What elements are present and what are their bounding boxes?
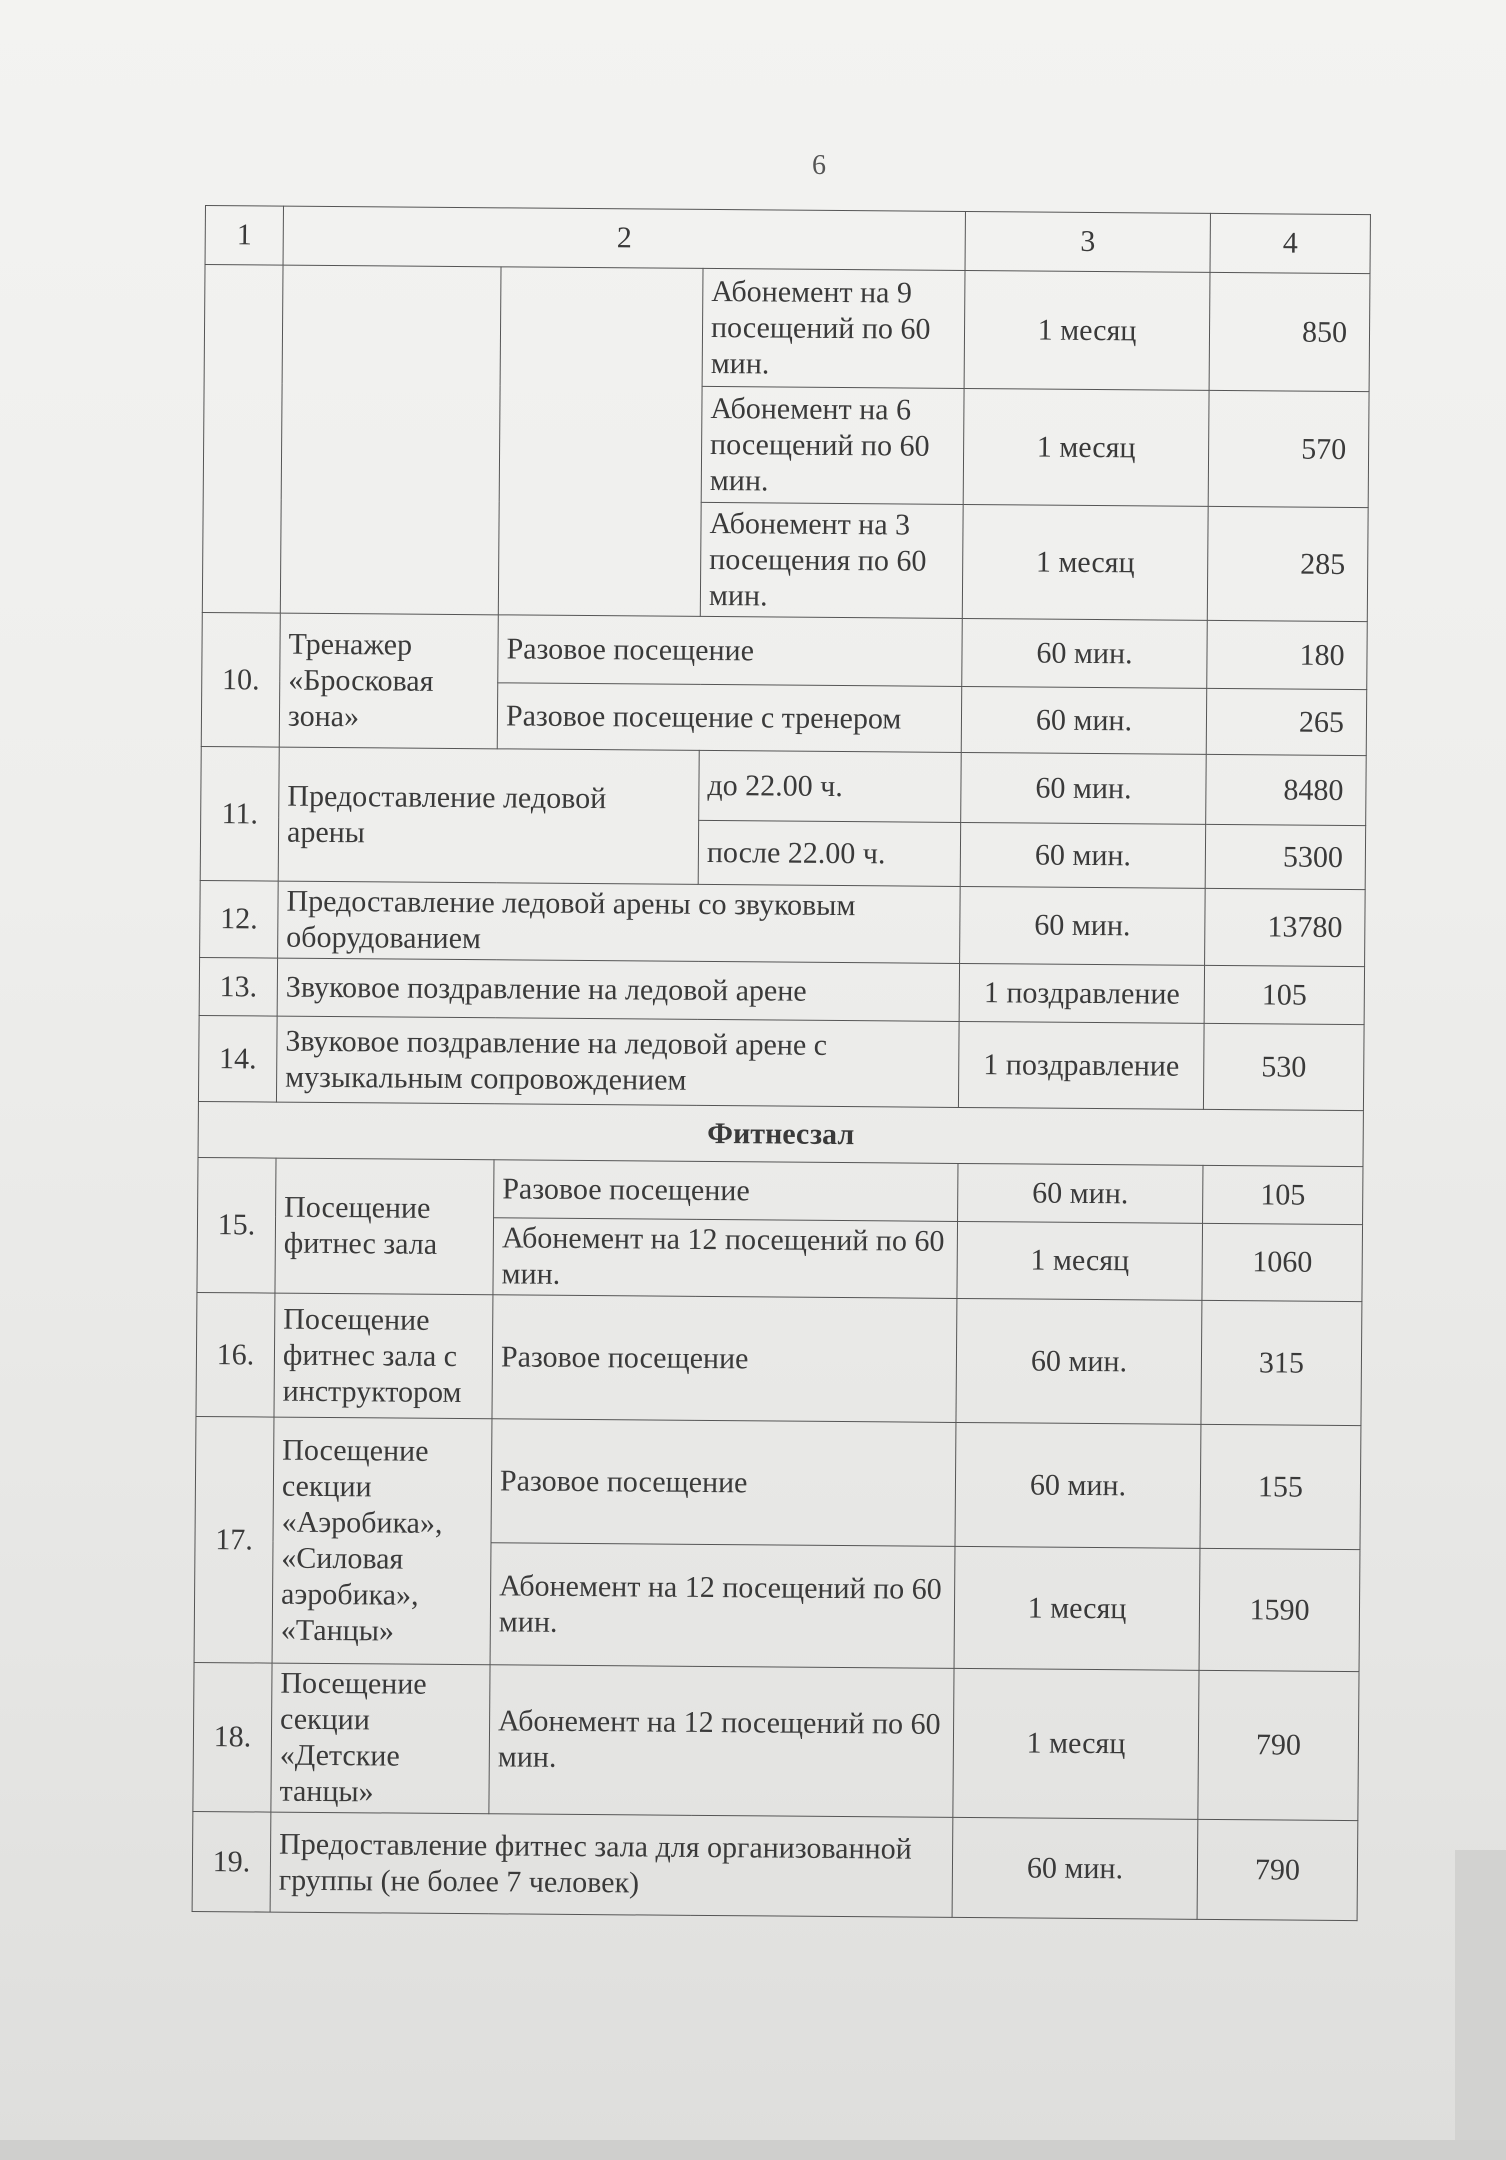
price-cell: 265: [1206, 688, 1367, 755]
unit-cell: 1 поздравление: [958, 1021, 1204, 1109]
unit-cell: 1 месяц: [957, 1221, 1203, 1300]
service-cell: Абонемент на 12 посещений по 60 мин.: [493, 1218, 958, 1299]
price-cell: 180: [1207, 620, 1368, 689]
unit-cell: 60 мин.: [962, 618, 1208, 688]
price-cell: 285: [1207, 506, 1368, 621]
price-cell: 790: [1197, 1819, 1358, 1920]
row-number-cell: 13.: [199, 957, 277, 1016]
table-row: 12. Предоставление ледовой арены со звук…: [200, 880, 1366, 966]
unit-cell: 1 месяц: [954, 1546, 1200, 1670]
service-cell: Разовое посещение с тренером: [497, 683, 962, 753]
service-cell: Разовое посещение: [498, 615, 963, 687]
service-cell: после 22.00 ч.: [698, 820, 961, 886]
service-cell: Разовое посещение: [492, 1295, 957, 1423]
table-row: 19. Предоставление фитнес зала для орган…: [192, 1811, 1358, 1920]
service-cell: Абонемент на 9 посещений по 60 мин.: [702, 268, 965, 388]
unit-cell: 60 мин.: [961, 686, 1207, 754]
price-cell: 5300: [1205, 824, 1365, 889]
section-header-row: Фитнесзал: [198, 1101, 1363, 1166]
price-cell: 315: [1201, 1300, 1362, 1425]
table-row: 18. Посещение секции «Детские танцы» Або…: [193, 1662, 1359, 1820]
row-number-cell: 16.: [196, 1292, 275, 1417]
row-name-cell: Звуковое поздравление на ледовой арене: [277, 958, 959, 1021]
table-row: 13. Звуковое поздравление на ледовой аре…: [199, 957, 1364, 1024]
row-number-cell: 15.: [197, 1157, 276, 1293]
header-col-3: 3: [965, 211, 1210, 272]
table-row: Абонемент на 9 посещений по 60 мин. 1 ме…: [204, 265, 1370, 392]
price-cell: 790: [1198, 1670, 1359, 1820]
price-cell: 1060: [1202, 1223, 1363, 1301]
unit-cell: 60 мин.: [956, 1298, 1202, 1424]
unit-cell: 60 мин.: [960, 886, 1206, 965]
row-name-cell: Предоставление фитнес зала для организов…: [270, 1812, 953, 1917]
unit-cell: 60 мин.: [961, 752, 1207, 824]
row-name-cell: Посещение секции «Детские танцы»: [271, 1663, 490, 1814]
table-row: 11. Предоставление ледовой арены до 22.0…: [201, 746, 1367, 825]
unit-cell: 1 месяц: [963, 388, 1209, 506]
page-edge: [1455, 1850, 1506, 2150]
service-cell: Абонемент на 6 посещений по 60 мин.: [701, 386, 964, 504]
row-subname-cell: [498, 267, 703, 617]
row-number-cell: 19.: [192, 1811, 271, 1912]
section-title: Фитнесзал: [198, 1101, 1363, 1166]
row-name-cell: Посещение фитнес зала: [275, 1158, 494, 1295]
header-row: 1 2 3 4: [205, 206, 1370, 274]
price-table-container: 1 2 3 4 Абонемент на 9 посещений по 60 м…: [192, 205, 1370, 1914]
row-number-cell: 11.: [200, 746, 279, 881]
service-cell: Абонемент на 12 посещений по 60 мин.: [489, 1665, 954, 1818]
price-cell: 105: [1203, 1165, 1363, 1224]
price-table: 1 2 3 4 Абонемент на 9 посещений по 60 м…: [192, 205, 1371, 1921]
table-row: 17. Посещение секции «Аэробика», «Силова…: [195, 1416, 1361, 1549]
page-number: 6: [812, 150, 826, 182]
price-cell: 8480: [1206, 754, 1367, 825]
service-cell: до 22.00 ч.: [699, 750, 962, 822]
row-name-cell: Тренажер «Бросковая зона»: [279, 613, 498, 749]
price-cell: 1590: [1199, 1548, 1360, 1671]
unit-cell: 1 месяц: [962, 504, 1208, 620]
row-name-cell: Посещение секции «Аэробика», «Силовая аэ…: [272, 1417, 492, 1665]
price-cell: 13780: [1205, 888, 1366, 966]
table-row: 14. Звуковое поздравление на ледовой аре…: [198, 1015, 1364, 1110]
unit-cell: 60 мин.: [958, 1163, 1203, 1223]
price-cell: 155: [1200, 1424, 1361, 1549]
header-col-2: 2: [283, 206, 965, 270]
row-number-cell: 18.: [193, 1662, 272, 1812]
price-cell: 530: [1203, 1023, 1364, 1110]
price-cell: 105: [1204, 965, 1364, 1024]
unit-cell: 1 месяц: [953, 1668, 1199, 1819]
row-name-cell: Предоставление ледовой арены со звуковым…: [278, 881, 961, 963]
table-row: 15. Посещение фитнес зала Разовое посеще…: [198, 1157, 1363, 1224]
price-cell: 850: [1209, 272, 1370, 391]
header-col-1: 1: [205, 206, 283, 266]
row-number-cell: 12.: [200, 880, 279, 958]
table-row: 16. Посещение фитнес зала с инструктором…: [196, 1292, 1362, 1425]
service-cell: Разовое посещение: [494, 1160, 958, 1222]
row-number-cell: [202, 265, 283, 614]
service-cell: Разовое посещение: [491, 1419, 956, 1547]
unit-cell: 60 мин.: [952, 1817, 1198, 1919]
row-name-cell: [280, 265, 501, 615]
row-name-cell: Посещение фитнес зала с инструктором: [274, 1293, 493, 1419]
row-number-cell: 17.: [194, 1416, 274, 1663]
table-row: 10. Тренажер «Бросковая зона» Разовое по…: [202, 612, 1368, 689]
service-cell: Абонемент на 12 посещений по 60 мин.: [490, 1543, 955, 1669]
price-cell: 570: [1208, 390, 1369, 507]
unit-cell: 1 поздравление: [959, 963, 1204, 1023]
row-name-cell: Звуковое поздравление на ледовой арене с…: [276, 1016, 959, 1107]
unit-cell: 60 мин.: [960, 822, 1205, 888]
header-col-4: 4: [1210, 213, 1370, 273]
unit-cell: 60 мин.: [955, 1422, 1201, 1548]
page-bottom-edge: [0, 2140, 1506, 2160]
unit-cell: 1 месяц: [964, 270, 1210, 390]
service-cell: Абонемент на 3 посещения по 60 мин.: [700, 502, 963, 618]
row-number-cell: 14.: [198, 1015, 277, 1102]
row-number-cell: 10.: [201, 612, 280, 747]
row-name-cell: Предоставление ледовой арены: [278, 747, 699, 884]
